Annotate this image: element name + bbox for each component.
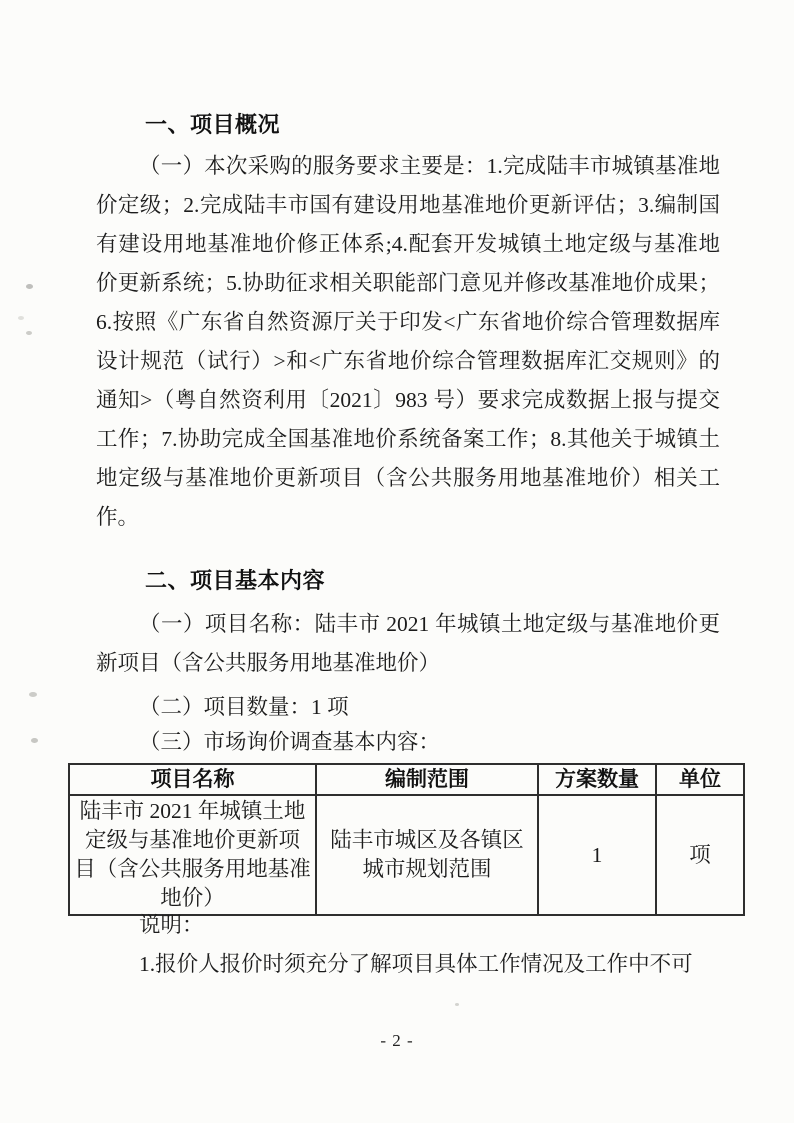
table-header-quantity: 方案数量 <box>538 764 656 795</box>
inquiry-content-table: 项目名称 编制范围 方案数量 单位 陆丰市 2021 年城镇土地 定级与基准地价… <box>68 763 745 916</box>
note-line-1: 1.报价人报价时须充分了解项目具体工作情况及工作中不可 <box>96 945 720 984</box>
scan-speck <box>18 316 24 320</box>
table-header-project-name: 项目名称 <box>69 764 316 795</box>
page-number: - 2 - <box>0 1031 794 1051</box>
scan-speck <box>455 1003 459 1006</box>
table-header-unit: 单位 <box>656 764 744 795</box>
paragraph-project-name: （一）项目名称：陆丰市 2021 年城镇土地定级与基准地价更新项目（含公共服务用… <box>96 605 720 683</box>
notes-block: 说明： 1.报价人报价时须充分了解项目具体工作情况及工作中不可 <box>96 906 720 984</box>
section-heading-project-overview: 一、项目概况 <box>145 108 280 139</box>
scan-speck <box>26 284 33 289</box>
section-heading-project-content: 二、项目基本内容 <box>145 564 325 595</box>
table-cell-unit: 项 <box>656 795 744 915</box>
table-cell-project-name: 陆丰市 2021 年城镇土地 定级与基准地价更新项 目（含公共服务用地基准 地价… <box>69 795 316 915</box>
document-page: { "document": { "heading1": "一、项目概况", "p… <box>0 0 794 1123</box>
table-header-scope: 编制范围 <box>316 764 538 795</box>
table-header-row: 项目名称 编制范围 方案数量 单位 <box>69 764 744 795</box>
paragraph-project-quantity: （二）项目数量：1 项 <box>96 688 720 727</box>
scan-speck <box>29 692 37 697</box>
table-cell-scope: 陆丰市城区及各镇区 城市规划范围 <box>316 795 538 915</box>
note-label: 说明： <box>96 906 720 945</box>
table-row: 陆丰市 2021 年城镇土地 定级与基准地价更新项 目（含公共服务用地基准 地价… <box>69 795 744 915</box>
paragraph-inquiry-intro: （三）市场询价调查基本内容： <box>96 723 720 762</box>
table-cell-quantity: 1 <box>538 795 656 915</box>
scan-speck <box>31 738 38 743</box>
paragraph-service-requirements: （一）本次采购的服务要求主要是：1.完成陆丰市城镇基准地价定级；2.完成陆丰市国… <box>96 147 720 537</box>
scan-speck <box>26 331 32 335</box>
